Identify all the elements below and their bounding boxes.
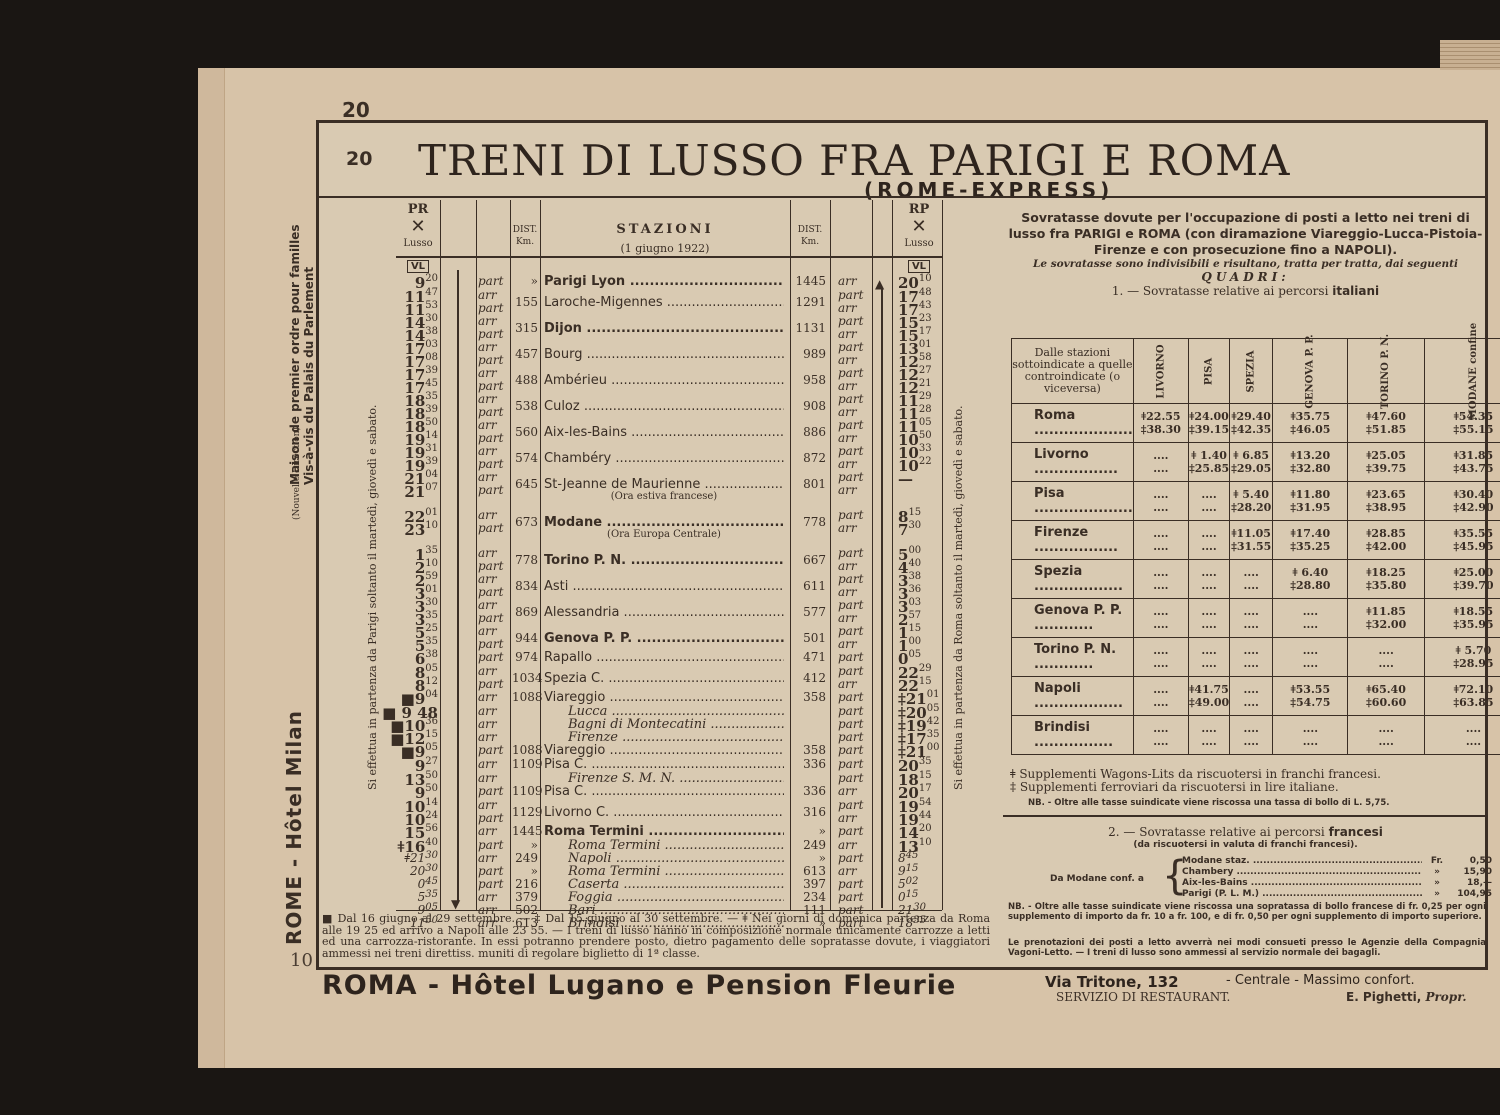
down-arr-part: arr bbox=[478, 717, 497, 731]
fares-station: Genova P. P. ............ bbox=[1012, 599, 1134, 638]
up-arr-part: part bbox=[838, 798, 863, 812]
fares-cell: ........ bbox=[1348, 638, 1424, 677]
modane-unit: » bbox=[1422, 889, 1452, 900]
fares-cell: ǂ47.60‡51.85 bbox=[1348, 404, 1424, 443]
down-arr-part: arr bbox=[478, 572, 497, 586]
fares-cell: ǂ54.35‡55.15 bbox=[1424, 404, 1500, 443]
timetable-row: ■905part‡2100part1088358Viareggio ......… bbox=[396, 743, 942, 757]
km-outbound: 1445 bbox=[512, 824, 538, 838]
timetable-row: 1835arr1839part1129part1128arr538908Culo… bbox=[396, 392, 942, 418]
km-outbound: 1088 bbox=[512, 690, 538, 704]
fares-cell: ........ bbox=[1133, 521, 1188, 560]
crossed-keys-emblem-icon: ✕ bbox=[896, 216, 942, 237]
timetable-row: 920part2010arr»1445Parigi Lyon .........… bbox=[396, 274, 942, 288]
timetable-row: ■ 9 48arr‡2005partLucca ................… bbox=[396, 704, 942, 717]
km-return: 1131 bbox=[794, 321, 826, 335]
fares-cell: ........ bbox=[1230, 638, 1273, 677]
down-arr-part: part bbox=[478, 521, 503, 535]
fares-cell: ǂ29.40‡42.35 bbox=[1230, 404, 1273, 443]
italian-fares-table: Dalle stazioni sottoindicate a quelle co… bbox=[1011, 338, 1500, 755]
quadri-heading: QUADRI: bbox=[1003, 270, 1488, 284]
timetable-row: 927arr2035part1109336Pisa C. ...........… bbox=[396, 757, 942, 771]
down-arr-part: arr bbox=[478, 890, 497, 904]
fares-cell: ǂ35.75‡46.05 bbox=[1273, 404, 1348, 443]
up-arr-part: arr bbox=[838, 637, 857, 651]
timetable-row: 2030part915arr»613Roma Termini .........… bbox=[396, 864, 942, 877]
up-arr-part: part bbox=[838, 743, 863, 757]
km-outbound: 1109 bbox=[512, 784, 538, 798]
down-arr-part: arr bbox=[478, 392, 497, 406]
km-outbound: 379 bbox=[512, 890, 538, 904]
km-return: 908 bbox=[794, 399, 826, 413]
fares-station: Spezia .................. bbox=[1012, 560, 1134, 599]
station-name: Dijon ..................................… bbox=[544, 321, 784, 336]
fares-cell: ........ bbox=[1133, 716, 1188, 755]
fares-cell: ........ bbox=[1188, 716, 1229, 755]
down-arr-part: part bbox=[478, 379, 503, 393]
fares-cell: ǂ30.40‡42.90 bbox=[1424, 482, 1500, 521]
km-outbound: » bbox=[512, 838, 538, 852]
station-name: Spezia C. ..............................… bbox=[544, 671, 784, 686]
fares-cell: ǂ18.25‡35.80 bbox=[1348, 560, 1424, 599]
fares-cell: ........ bbox=[1273, 599, 1348, 638]
nb-french: NB. - Oltre alle tasse suindicate viene … bbox=[1008, 902, 1486, 922]
km-return: 316 bbox=[794, 805, 826, 819]
km-return: » bbox=[794, 824, 826, 838]
fares-column-header: MODANE confine bbox=[1424, 339, 1500, 404]
modane-unit: » bbox=[1422, 867, 1452, 878]
down-arr-part: part bbox=[478, 784, 503, 798]
up-arr-part: part bbox=[838, 470, 863, 484]
fares-row: Livorno .........................ǂ 1.40‡… bbox=[1012, 443, 1500, 482]
down-arr-part: arr bbox=[478, 624, 497, 638]
km-outbound: 1088 bbox=[512, 743, 538, 757]
fares-cell: ǂ41.75‡49.00 bbox=[1188, 677, 1229, 716]
timetable-row: 135arr210part500part440arr778667Torino P… bbox=[396, 546, 942, 572]
side-ad-line2: Vis-à-vis du Palais du Parlement bbox=[302, 267, 316, 485]
km-outbound: 1129 bbox=[512, 805, 538, 819]
fares-cell: ........ bbox=[1188, 560, 1229, 599]
fares-column-header: TORINO P. N. bbox=[1348, 339, 1424, 404]
fares-cell: ǂ13.20‡32.80 bbox=[1273, 443, 1348, 482]
modane-value: 18,— bbox=[1452, 878, 1492, 889]
dist-header-left: DIST. Km. bbox=[510, 224, 540, 248]
km-outbound: 249 bbox=[512, 851, 538, 865]
km-return: 1445 bbox=[794, 274, 826, 288]
station-name: Genova P. P. ...........................… bbox=[544, 631, 784, 646]
down-arr-part: part bbox=[478, 811, 503, 825]
fares-cell: ........ bbox=[1348, 716, 1424, 755]
up-arr-part: part bbox=[838, 598, 863, 612]
timetable-row: ■1036arr‡1942partBagni di Montecatini ..… bbox=[396, 717, 942, 730]
up-arr-part: part bbox=[838, 824, 863, 838]
up-arr-part: part bbox=[838, 392, 863, 406]
fares-cell: ........ bbox=[1188, 638, 1229, 677]
km-return: » bbox=[794, 851, 826, 865]
timetable-row: ǂ1640part1310arr»249Roma Termini .......… bbox=[396, 838, 942, 851]
km-return: 611 bbox=[794, 579, 826, 593]
fares-cell: ........ bbox=[1133, 560, 1188, 599]
station-name: Viareggio ..............................… bbox=[544, 743, 784, 758]
fares-column-header: LIVORNO bbox=[1133, 339, 1188, 404]
km-return: 613 bbox=[794, 864, 826, 878]
timetable-row: 259arr301part338part336arr834611Asti ...… bbox=[396, 572, 942, 598]
fares-column-header: SPEZIA bbox=[1230, 339, 1273, 404]
modane-value: 15,90 bbox=[1452, 867, 1492, 878]
down-arr-part: arr bbox=[478, 470, 497, 484]
up-arr-part: part bbox=[838, 650, 863, 664]
fares-cell: ........ bbox=[1133, 638, 1188, 677]
km-outbound: » bbox=[512, 274, 538, 288]
down-time: 2107 bbox=[404, 483, 438, 501]
fares-station: Napoli .................. bbox=[1012, 677, 1134, 716]
fares-cell: ........ bbox=[1230, 677, 1273, 716]
up-arr-part: part bbox=[838, 288, 863, 302]
up-arr-part: arr bbox=[838, 274, 857, 288]
fares-corner-header: Dalle stazioni sottoindicate a quelle co… bbox=[1012, 339, 1134, 404]
fares-cell: ǂ25.00‡39.70 bbox=[1424, 560, 1500, 599]
km-return: 234 bbox=[794, 890, 826, 904]
fares-station: Firenze ................. bbox=[1012, 521, 1134, 560]
up-arr-part: part bbox=[838, 418, 863, 432]
fares-row: Napoli ..........................ǂ41.75‡… bbox=[1012, 677, 1500, 716]
down-arr-part: arr bbox=[478, 598, 497, 612]
fares-cell: ........ bbox=[1424, 716, 1500, 755]
fares-cell: ǂ11.80‡31.95 bbox=[1273, 482, 1348, 521]
fares-column-header: PISA bbox=[1188, 339, 1229, 404]
up-time: 730 bbox=[898, 521, 921, 539]
down-arr-part: arr bbox=[478, 418, 497, 432]
fares-cell: ǂ 5.40‡28.20 bbox=[1230, 482, 1273, 521]
column-rule bbox=[942, 200, 943, 910]
km-outbound: 574 bbox=[512, 451, 538, 465]
station-name: Roma Termini ...........................… bbox=[544, 824, 784, 839]
down-arr-part: arr bbox=[478, 546, 497, 560]
timetable-row: 1850arr1914part1105part1050arr560886Aix-… bbox=[396, 418, 942, 444]
modane-unit: » bbox=[1422, 878, 1452, 889]
crossed-keys-emblem-icon: ✕ bbox=[396, 216, 440, 237]
down-arr-part: arr bbox=[478, 690, 497, 704]
fares-cell: ǂ31.85‡43.75 bbox=[1424, 443, 1500, 482]
station-name: Pisa C. ................................… bbox=[544, 784, 784, 799]
fares-cell: ǂ17.40‡35.25 bbox=[1273, 521, 1348, 560]
fares-row: Pisa ...................................… bbox=[1012, 482, 1500, 521]
bottom-ad-tagline: - Centrale - Massimo confort. bbox=[1226, 973, 1415, 988]
fares-cell: ǂ 5.70‡28.95 bbox=[1424, 638, 1500, 677]
right-vl-badge: VL bbox=[896, 258, 942, 273]
fares-cell: ........ bbox=[1133, 599, 1188, 638]
km-return: 958 bbox=[794, 373, 826, 387]
supplements-panel: Sovratasse dovute per l'occupazione di p… bbox=[1003, 210, 1488, 298]
timetable-row: ǂ2130arr845part249»Napoli ..............… bbox=[396, 851, 942, 864]
fares-cell: ........ bbox=[1230, 599, 1273, 638]
up-arr-part: part bbox=[838, 444, 863, 458]
modane-destination: Aix-les-Bains ..........................… bbox=[1182, 878, 1422, 889]
fares-row: Brindisi ...............................… bbox=[1012, 716, 1500, 755]
modane-unit: Fr. bbox=[1422, 856, 1452, 867]
up-arr-part: arr bbox=[838, 379, 857, 393]
fares-cell: ǂ18.55‡35.95 bbox=[1424, 599, 1500, 638]
vl-badge-text: VL bbox=[908, 260, 930, 273]
km-return: 872 bbox=[794, 451, 826, 465]
modane-row: Chambery ...............................… bbox=[1182, 867, 1492, 878]
up-arr-part: arr bbox=[838, 611, 857, 625]
station-name: Torino P. N. ...........................… bbox=[544, 553, 784, 568]
km-outbound: 538 bbox=[512, 399, 538, 413]
up-arr-part: part bbox=[838, 340, 863, 354]
up-arr-part: arr bbox=[838, 521, 857, 535]
fares-cell: ǂ72.10‡63.85 bbox=[1424, 677, 1500, 716]
down-arr-part: part bbox=[478, 559, 503, 573]
right-train-code: RP bbox=[896, 202, 942, 217]
up-arr-part: part bbox=[838, 851, 863, 865]
fares-cell: ǂ23.65‡38.95 bbox=[1348, 482, 1424, 521]
fares-cell: ........ bbox=[1230, 560, 1273, 599]
down-arr-part: part bbox=[478, 327, 503, 341]
left-side-note: Si effettua in partenza da Parigi soltan… bbox=[366, 405, 379, 790]
up-arr-part: part bbox=[838, 572, 863, 586]
left-train-label: Lusso bbox=[396, 238, 440, 249]
station-name: Chambéry ...............................… bbox=[544, 451, 784, 466]
fares-cell: ǂ22.55‡38.30 bbox=[1133, 404, 1188, 443]
down-arr-part: part bbox=[478, 838, 503, 852]
fares-cell: ........ bbox=[1133, 482, 1188, 521]
station-name: Ambérieu ...............................… bbox=[544, 373, 784, 388]
up-arr-part: arr bbox=[838, 864, 857, 878]
timetable-row: ■1215arr‡1735partFirenze ...............… bbox=[396, 730, 942, 743]
stations-date: (1 giugno 1922) bbox=[540, 242, 790, 255]
timetable-row: 1350arr1815partFirenze S. M. N. ........… bbox=[396, 771, 942, 784]
modane-row: Parigi (P. L. M.) ......................… bbox=[1182, 889, 1492, 900]
station-name: Parigi Lyon ............................… bbox=[544, 274, 784, 289]
timetable-row: 1556arr1420part1445»Roma Termini .......… bbox=[396, 824, 942, 838]
km-return: 778 bbox=[794, 515, 826, 529]
km-outbound: 488 bbox=[512, 373, 538, 387]
station-name: Culoz ..................................… bbox=[544, 399, 784, 414]
timetable-row: 1931arr1939part1033part1022arr574872Cham… bbox=[396, 444, 942, 470]
up-arr-part: arr bbox=[838, 353, 857, 367]
km-return: 1291 bbox=[794, 295, 826, 309]
km-return: 989 bbox=[794, 347, 826, 361]
km-outbound: 834 bbox=[512, 579, 538, 593]
km-return: 336 bbox=[794, 784, 826, 798]
down-arr-part: arr bbox=[478, 824, 497, 838]
down-arr-part: part bbox=[478, 677, 503, 691]
timetable-row: ■904arr‡2101part1088358Viareggio .......… bbox=[396, 690, 942, 704]
km-return: 577 bbox=[794, 605, 826, 619]
up-arr-part: arr bbox=[838, 405, 857, 419]
down-arr-part: arr bbox=[478, 798, 497, 812]
fares-legend: ǂ Supplementi Wagons-Lits da riscuotersi… bbox=[1010, 768, 1381, 794]
station-name: St-Jeanne de Maurienne .................… bbox=[544, 477, 784, 492]
fares-cell: ǂ 6.85‡29.05 bbox=[1230, 443, 1273, 482]
km-return: 358 bbox=[794, 743, 826, 757]
station-name: Asti ...................................… bbox=[544, 579, 784, 594]
km-outbound: 869 bbox=[512, 605, 538, 619]
station-name: Viareggio ..............................… bbox=[544, 690, 784, 705]
station-name: Rapallo ................................… bbox=[544, 650, 784, 665]
up-arr-part: part bbox=[838, 771, 863, 785]
fares-station: Roma .................... bbox=[1012, 404, 1134, 443]
down-arr-part: arr bbox=[478, 444, 497, 458]
km-return: 249 bbox=[794, 838, 826, 852]
up-arr-part: part bbox=[838, 314, 863, 328]
fares-station: Livorno ................. bbox=[1012, 443, 1134, 482]
bottom-ad-address: Via Tritone, 132 bbox=[1045, 973, 1179, 991]
km-outbound: 216 bbox=[512, 877, 538, 891]
timetable-row: 950part2017arr1109336Pisa C. ...........… bbox=[396, 784, 942, 798]
km-return: 801 bbox=[794, 477, 826, 491]
up-arr-part: part bbox=[838, 730, 863, 744]
km-outbound: 560 bbox=[512, 425, 538, 439]
down-arr-part: arr bbox=[478, 508, 497, 522]
station-note: (Ora Europa Centrale) bbox=[544, 529, 784, 540]
km-return: 336 bbox=[794, 757, 826, 771]
km-outbound: 457 bbox=[512, 347, 538, 361]
timetable-row: 2104arr2107part—partarr645801St-Jeanne d… bbox=[396, 470, 942, 508]
station-name: Laroche-Migennes .......................… bbox=[544, 295, 784, 310]
fares-cell: ǂ11.85‡32.00 bbox=[1348, 599, 1424, 638]
down-arr-part: part bbox=[478, 611, 503, 625]
fares-cell: ........ bbox=[1188, 482, 1229, 521]
fares-station: Pisa .................... bbox=[1012, 482, 1134, 521]
down-arr-part: arr bbox=[478, 704, 497, 718]
km-outbound: 155 bbox=[512, 295, 538, 309]
timetable-row: 2201arr2310part815part730arr673778Modane… bbox=[396, 508, 942, 546]
modane-value: 0,50 bbox=[1452, 856, 1492, 867]
up-arr-part: part bbox=[838, 508, 863, 522]
left-train-code: PR bbox=[396, 202, 440, 217]
page-title: TRENI DI LUSSO FRA PARIGI E ROMA bbox=[418, 136, 1290, 185]
down-arr-part: part bbox=[478, 585, 503, 599]
fares-row: Firenze ................................… bbox=[1012, 521, 1500, 560]
fares-cell: ........ bbox=[1273, 716, 1348, 755]
down-arr-part: part bbox=[478, 457, 503, 471]
q2-subtitle: (da riscuotersi in valuta di franchi fra… bbox=[1003, 840, 1488, 850]
km-return: 412 bbox=[794, 671, 826, 685]
legend-ferroviari: ‡ Supplementi ferroviari da riscuotersi … bbox=[1010, 781, 1381, 794]
up-arr-part: arr bbox=[838, 457, 857, 471]
modane-row: Aix-les-Bains ..........................… bbox=[1182, 878, 1492, 889]
down-arr-part: part bbox=[478, 637, 503, 651]
down-arr-part: arr bbox=[478, 851, 497, 865]
timetable-row: 045part502part216397Caserta ............… bbox=[396, 877, 942, 890]
station-name: Livorno C. .............................… bbox=[544, 805, 784, 820]
km-return: 886 bbox=[794, 425, 826, 439]
fares-cell: ........ bbox=[1188, 599, 1229, 638]
fares-station: Brindisi ................ bbox=[1012, 716, 1134, 755]
prenotazioni-note: Le prenotazioni dei posti a letto avverr… bbox=[1008, 938, 1486, 958]
down-arr-part: arr bbox=[478, 730, 497, 744]
side-ad-hotel-milan: ROME - Hôtel Milan bbox=[282, 710, 306, 945]
up-arr-part: part bbox=[838, 366, 863, 380]
down-arr-part: part bbox=[478, 650, 503, 664]
km-outbound: 1109 bbox=[512, 757, 538, 771]
up-arr-part: arr bbox=[838, 327, 857, 341]
timetable-row: 1739arr1745part1227part1221arr488958Ambé… bbox=[396, 366, 942, 392]
supplements-intro-italic: Le sovratasse sono indivisibili e risult… bbox=[1003, 258, 1488, 270]
up-arr-part: part bbox=[838, 704, 863, 718]
up-arr-part: arr bbox=[838, 431, 857, 445]
fares-row: Roma ....................ǂ22.55‡38.30ǂ24… bbox=[1012, 404, 1500, 443]
up-arr-part: part bbox=[838, 757, 863, 771]
q2-title: 2. — Sovratasse relative ai percorsi fra… bbox=[1003, 825, 1488, 839]
km-return: 397 bbox=[794, 877, 826, 891]
fares-row: Torino P. N. ...........................… bbox=[1012, 638, 1500, 677]
km-outbound: 315 bbox=[512, 321, 538, 335]
timetable-bottom-rule bbox=[396, 910, 942, 911]
station-name: Bourg ..................................… bbox=[544, 347, 784, 362]
up-arr-part: part bbox=[838, 877, 863, 891]
down-arr-part: part bbox=[478, 274, 503, 288]
fares-cell: ǂ25.05‡39.75 bbox=[1348, 443, 1424, 482]
up-arr-part: arr bbox=[838, 677, 857, 691]
up-arr-part: arr bbox=[838, 301, 857, 315]
timetable-row: 1147arr1153part1748part1743arr1551291Lar… bbox=[396, 288, 942, 314]
down-arr-part: part bbox=[478, 864, 503, 878]
down-arr-part: arr bbox=[478, 314, 497, 328]
modane-value: 104,95 bbox=[1452, 889, 1492, 900]
up-arr-part: part bbox=[838, 664, 863, 678]
timetable-row: 525arr535part115part100arr944501Genova P… bbox=[396, 624, 942, 650]
up-arr-part: arr bbox=[838, 811, 857, 825]
fares-cell: ǂ 6.40‡28.80 bbox=[1273, 560, 1348, 599]
km-return: 471 bbox=[794, 650, 826, 664]
timetable-footnote: ■ Dal 16 giugno al 29 settembre. — ‡ Dal… bbox=[322, 913, 990, 959]
vl-badge-text: VL bbox=[407, 260, 429, 273]
km-outbound: 673 bbox=[512, 515, 538, 529]
page-subtitle: (ROME-EXPRESS) bbox=[864, 178, 1113, 202]
down-arr-part: arr bbox=[478, 340, 497, 354]
km-outbound: 944 bbox=[512, 631, 538, 645]
bottom-ad-proprietor: E. Pighetti, Propr. bbox=[1346, 990, 1467, 1004]
down-arr-part: arr bbox=[478, 366, 497, 380]
modane-destination: Chambery ...............................… bbox=[1182, 867, 1422, 878]
down-arr-part: arr bbox=[478, 288, 497, 302]
timetable-row: 330arr335part303part257arr869577Alessand… bbox=[396, 598, 942, 624]
fares-cell: ........ bbox=[1133, 443, 1188, 482]
up-arr-part: part bbox=[838, 546, 863, 560]
up-arr-part: arr bbox=[838, 559, 857, 573]
down-arr-part: arr bbox=[478, 664, 497, 678]
up-arr-part: arr bbox=[838, 838, 857, 852]
section-divider bbox=[1003, 815, 1487, 817]
timetable-row: 1014arr1024part1954part1944arr1129316Liv… bbox=[396, 798, 942, 824]
page-number-bottom: 10 bbox=[290, 950, 313, 971]
fares-cell: ........ bbox=[1230, 716, 1273, 755]
timetable-row: 1703arr1708part1301part1258arr457989Bour… bbox=[396, 340, 942, 366]
down-time: 2310 bbox=[404, 521, 438, 539]
fares-cell: ǂ35.55‡45.95 bbox=[1424, 521, 1500, 560]
station-name: Aix-les-Bains ..........................… bbox=[544, 425, 784, 440]
up-time: — bbox=[898, 470, 913, 488]
nb-italian: NB. - Oltre alle tasse suindicate viene … bbox=[1028, 798, 1389, 808]
fares-cell: ........ bbox=[1273, 638, 1348, 677]
time-value: 2107 bbox=[404, 483, 438, 501]
modane-rows: Modane staz. ...........................… bbox=[1182, 856, 1492, 900]
km-return: 667 bbox=[794, 553, 826, 567]
page-number-top: 20 bbox=[342, 98, 370, 122]
time-value: 2310 bbox=[404, 521, 438, 539]
fares-row: Genova P. P. ...........................… bbox=[1012, 599, 1500, 638]
bottom-ad-service: SERVIZIO DI RESTAURANT. bbox=[1056, 990, 1230, 1004]
timetable-row: 1430arr1438part1523part1517arr3151131Dij… bbox=[396, 314, 942, 340]
up-arr-part: arr bbox=[838, 784, 857, 798]
km-outbound: 1034 bbox=[512, 671, 538, 685]
station-note: (Ora estiva francese) bbox=[544, 491, 784, 502]
fares-cell: ǂ53.55‡54.75 bbox=[1273, 677, 1348, 716]
station-name: Modane .................................… bbox=[544, 515, 784, 530]
